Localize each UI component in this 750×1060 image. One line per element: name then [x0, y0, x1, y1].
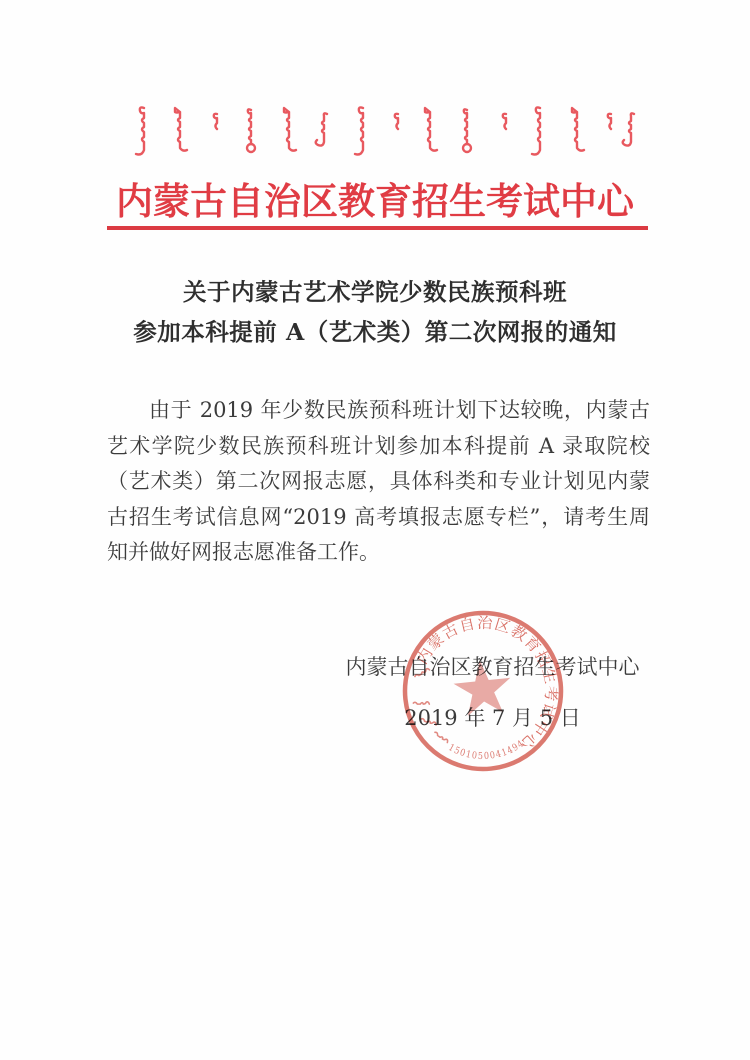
signature-block: 内蒙古自治区教育招生考试中心 2019 年 7 月 5 日 — [330, 651, 655, 732]
scanned-notice-page: 内蒙古自治区教育招生考试中心 关于内蒙古艺术学院少数民族预科班 参加本科提前 A… — [0, 0, 750, 1060]
signature-date: 2019 年 7 月 5 日 — [330, 702, 655, 732]
seal-mongolian-mark — [434, 731, 448, 742]
notice-title: 关于内蒙古艺术学院少数民族预科班 参加本科提前 A（艺术类）第二次网报的通知 — [0, 272, 750, 352]
mongolian-script-icon — [120, 98, 650, 178]
letterhead-rule — [107, 226, 648, 230]
svg-text:1501050041494: 1501050041494 — [446, 735, 528, 767]
signature-org: 内蒙古自治区教育招生考试中心 — [330, 651, 655, 681]
notice-body: 由于 2019 年少数民族预科班计划下达较晚，内蒙古艺术学院少数民族预科班计划参… — [107, 393, 650, 571]
seal-number: 1501050041494 — [446, 735, 528, 767]
letterhead-org-name: 内蒙古自治区教育招生考试中心 — [0, 171, 750, 225]
notice-title-line2: 参加本科提前 A（艺术类）第二次网报的通知 — [0, 312, 750, 352]
notice-title-line1: 关于内蒙古艺术学院少数民族预科班 — [0, 272, 750, 312]
